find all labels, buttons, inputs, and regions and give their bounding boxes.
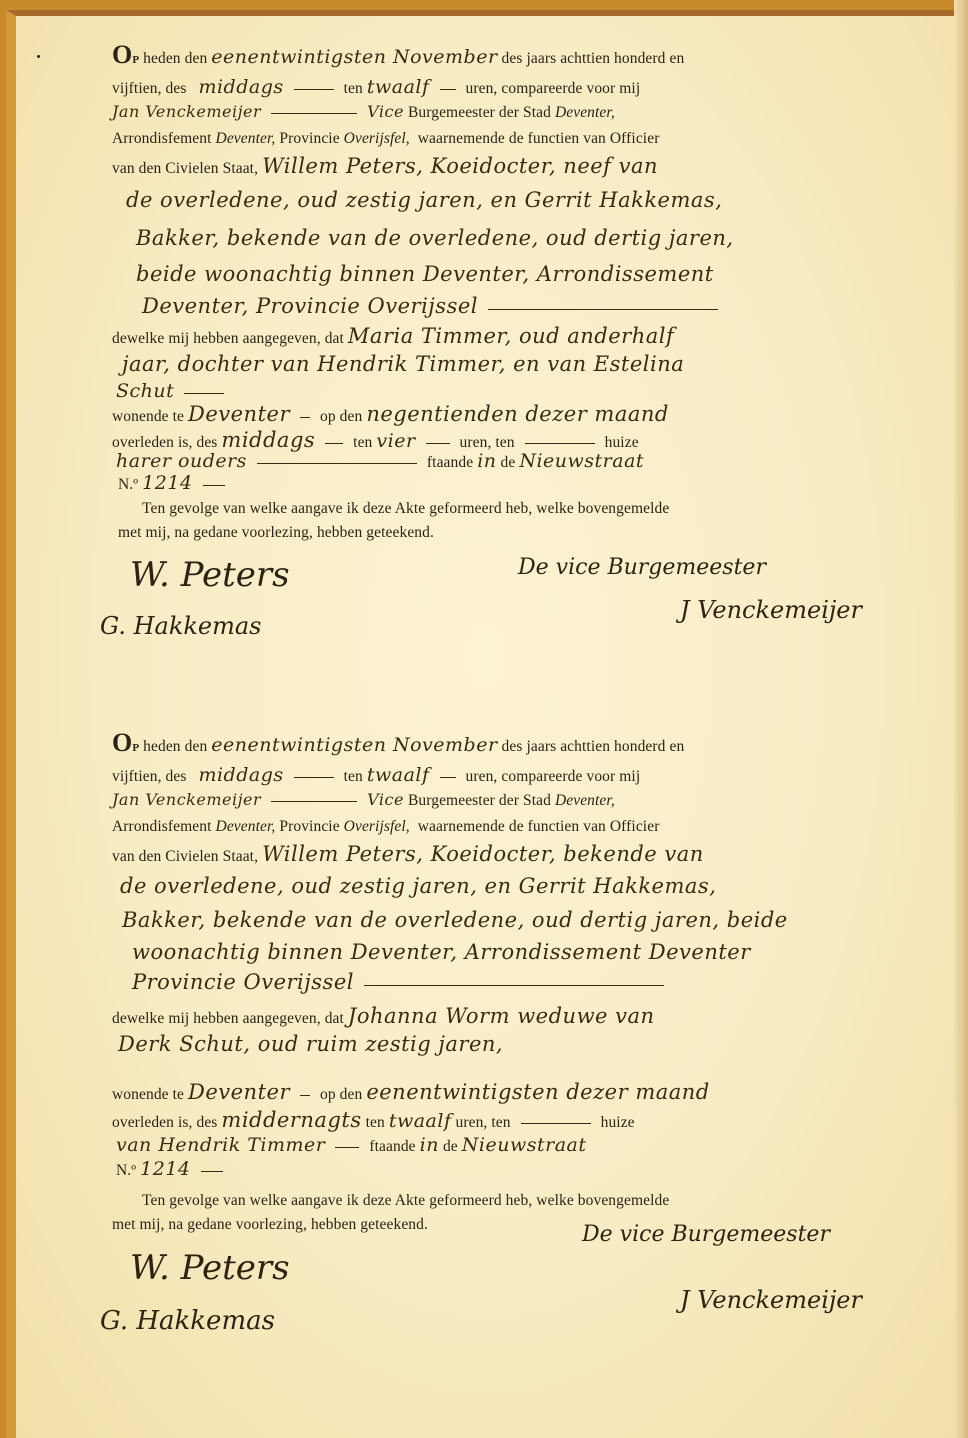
street: Nieuwstraat <box>519 450 644 472</box>
deceased-name: Johanna Worm weduwe van <box>348 1004 655 1028</box>
signature-title: De vice Burgemeester <box>518 555 766 580</box>
death-date: eenentwintigsten dezer maand <box>366 1080 709 1104</box>
signature-hakkemas: G. Hakkemas <box>100 612 261 640</box>
street: Nieuwstraat <box>462 1134 587 1156</box>
house-number: 1214 <box>140 1158 190 1180</box>
drop-cap: O <box>112 728 132 757</box>
house: harer ouders <box>116 450 247 472</box>
signature-venckemeijer: J Venckemeijer <box>680 596 862 624</box>
signature-peters: W. Peters <box>130 555 290 595</box>
deceased-name: Maria Timmer, oud anderhalf <box>348 324 674 348</box>
signature-peters: W. Peters <box>130 1248 290 1288</box>
informants: Willem Peters, Koeidocter, neef van <box>262 154 658 178</box>
official-name: Jan Venckemeijer <box>112 102 261 121</box>
signature-venckemeijer: J Venckemeijer <box>680 1286 862 1314</box>
record-date: eenentwintigsten November <box>211 734 497 756</box>
drop-cap: O <box>112 40 132 69</box>
house-number: 1214 <box>142 472 192 494</box>
signature-hakkemas: G. Hakkemas <box>100 1306 275 1336</box>
record-date: eenentwintigsten November <box>211 46 497 68</box>
signature-title: De vice Burgemeester <box>582 1222 830 1247</box>
informants: Willem Peters, Koeidocter, bekende van <box>262 842 704 866</box>
house: van Hendrik Timmer <box>116 1134 325 1156</box>
official-name: Jan Venckemeijer <box>112 790 261 809</box>
ink-spot <box>37 55 40 58</box>
page-edge <box>954 0 968 1438</box>
residence: Deventer <box>188 402 290 426</box>
death-date: negentienden dezer maand <box>366 402 669 426</box>
residence: Deventer <box>188 1080 290 1104</box>
